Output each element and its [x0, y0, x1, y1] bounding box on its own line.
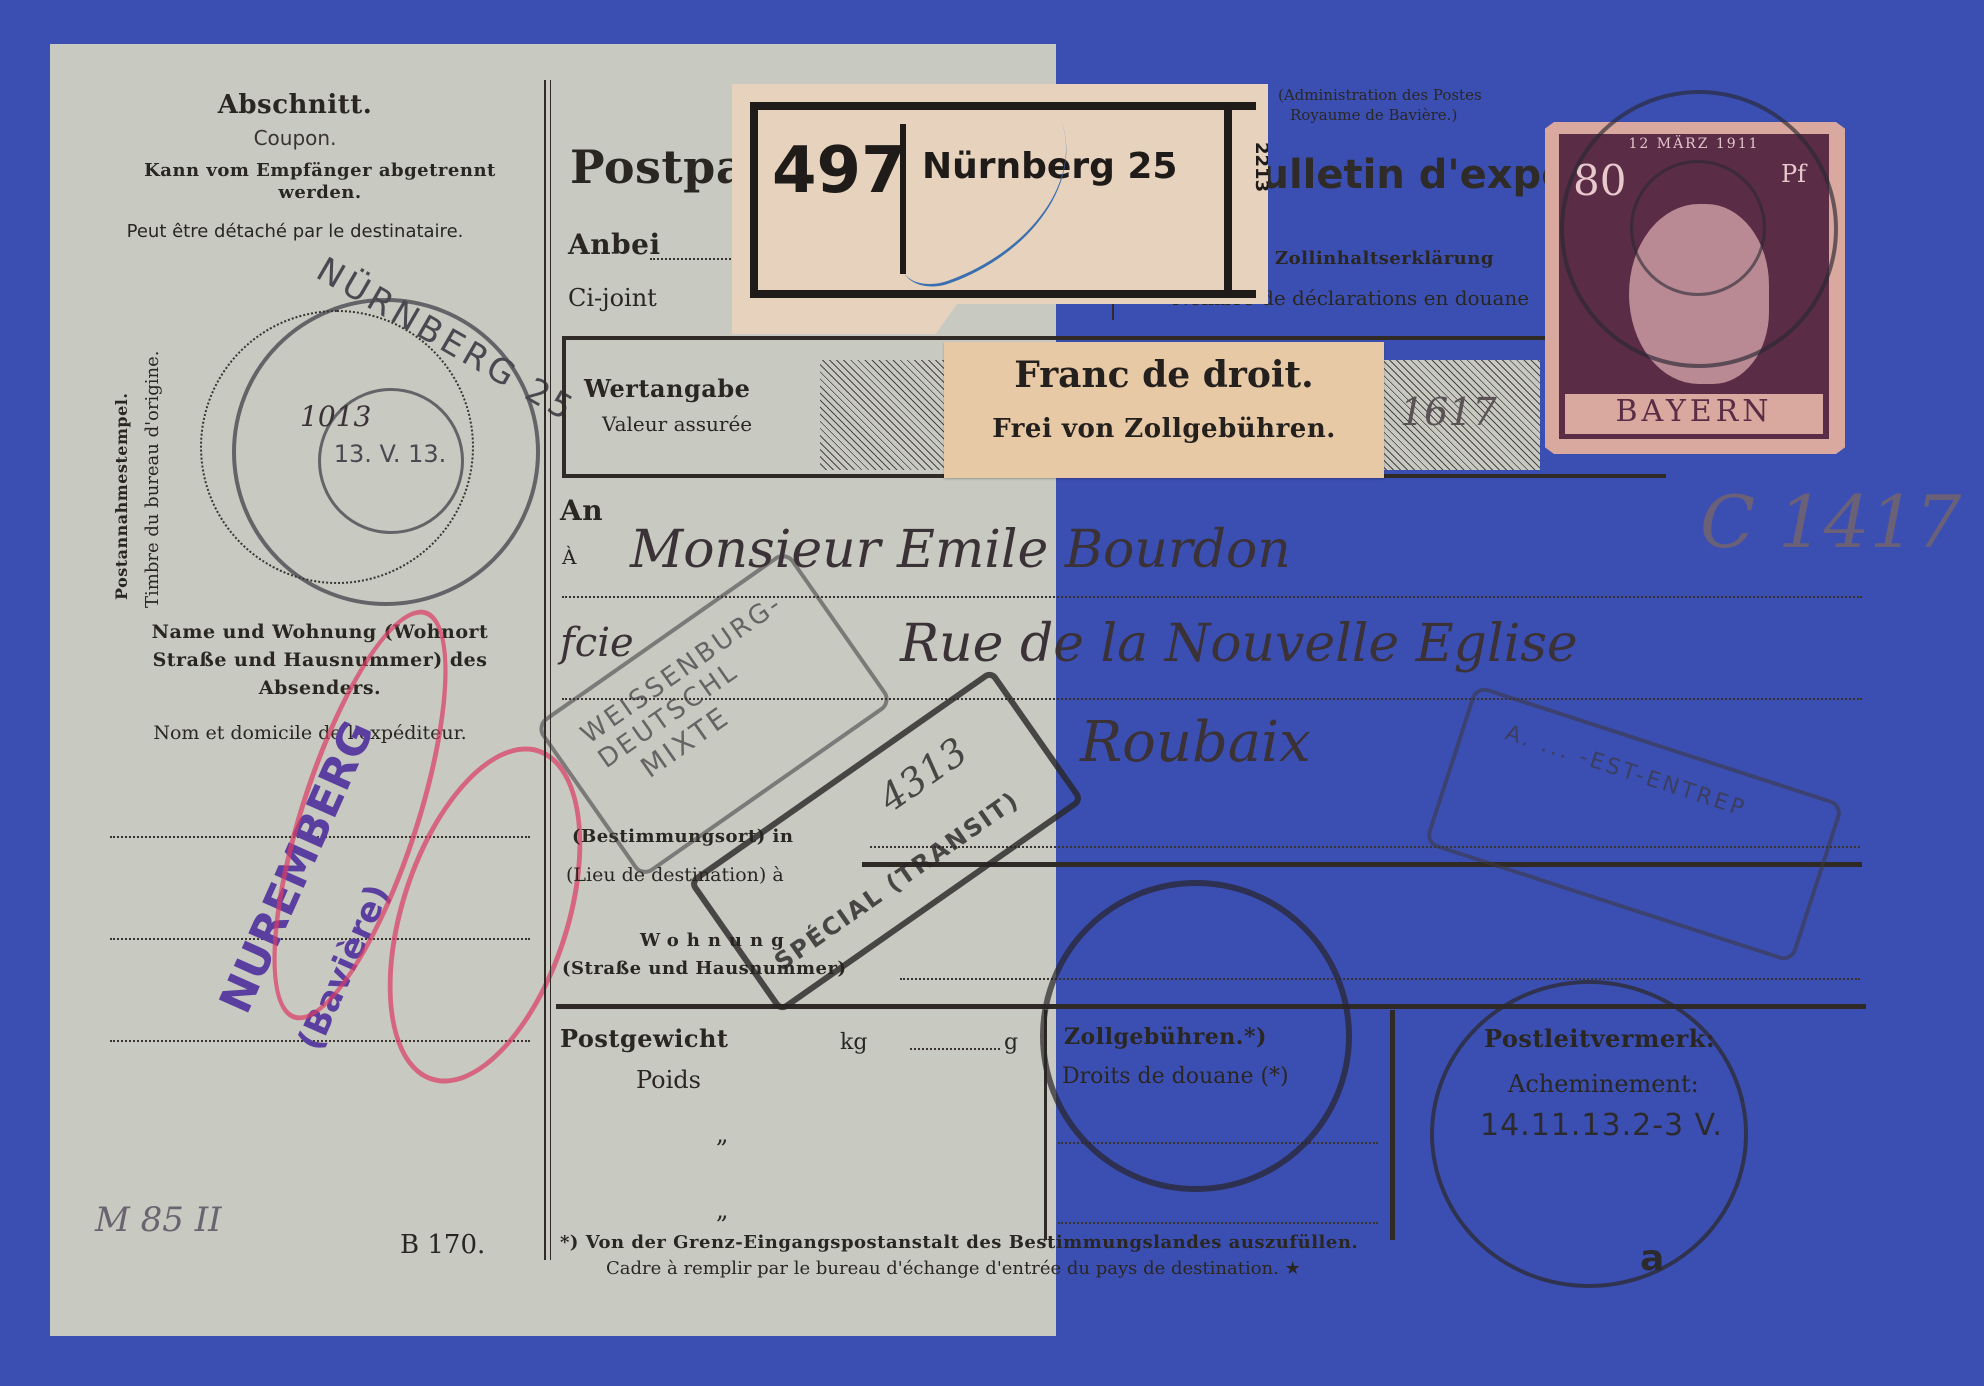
value-box-top-border — [562, 336, 1662, 340]
enclosed-label-de: Anbei — [568, 228, 661, 261]
customs-free-label: Franc de droit. Frei von Zollgebühren. — [944, 342, 1384, 478]
arrival-box-stamp: A. ... -EST-ENTREP — [1424, 684, 1845, 964]
customs-decl-de: Zollinhaltserklärung — [1275, 248, 1494, 269]
street-prefix: fcie — [560, 620, 634, 666]
admin-line-2: Royaume de Bavière.) — [1290, 106, 1457, 124]
transit-number: 4313 — [871, 729, 975, 821]
coupon-divider-2 — [550, 80, 551, 1260]
addressee-street: Rue de la Nouvelle Eglise — [900, 614, 1578, 674]
sender-label-de: Name und Wohnung (Wohnort Straße und Hau… — [100, 618, 540, 702]
weight-g-line — [910, 1048, 1000, 1050]
arrival-postmark-date: 14.11.13.2-3 V. — [1480, 1108, 1723, 1143]
enclosed-label-fr: Ci-joint — [568, 284, 657, 312]
stamp-country: BAYERN — [1565, 394, 1823, 434]
sender-label-fr: Nom et domicile de l'expéditeur. — [80, 722, 540, 744]
origin-postmark-date: 13. V. 13. — [330, 440, 450, 468]
customs-office-postmark — [1040, 880, 1352, 1192]
customs-fees-line-2 — [1058, 1222, 1378, 1224]
weight-label-fr: Poids — [636, 1066, 701, 1094]
value-label-de: Wertangabe — [584, 374, 750, 403]
value-label-fr: Valeur assurée — [602, 412, 752, 436]
coupon-divider — [544, 80, 546, 1260]
right-margin-note: C 1417 — [1700, 480, 1961, 564]
addressee-label-de: An — [560, 494, 603, 527]
arrival-postmark-letter: a — [1640, 1238, 1664, 1279]
value-hatch-left — [820, 360, 960, 470]
weight-ditto-2: „ — [716, 1196, 728, 1224]
margin-note: 1617 — [1400, 390, 1497, 434]
residence-line — [900, 978, 1860, 980]
addressee-city: Roubaix — [1080, 710, 1311, 775]
addressee-name: Monsieur Emile Bourdon — [630, 520, 1291, 580]
coupon-detach-note-de: Kann vom Empfänger abgetrennt werden. — [100, 160, 540, 204]
registration-label: 497 Nürnberg 25 2213 — [732, 84, 1268, 334]
weight-kg: kg — [840, 1030, 867, 1055]
registration-label-right-bar — [1224, 102, 1232, 298]
sender-label-de-line-1: Name und Wohnung (Wohnort — [100, 618, 540, 646]
origin-stamp-label-fr: Timbre du bureau d'origine. — [142, 350, 163, 608]
footnote-de: *) Von der Grenz-Eingangspostanstalt des… — [560, 1232, 1358, 1253]
weight-ditto-1: „ — [716, 1120, 728, 1148]
coupon-title: Abschnitt. — [55, 90, 535, 120]
customs-free-fr: Franc de droit. — [944, 354, 1384, 396]
stamp-cancellation-inner — [1630, 160, 1766, 296]
customs-free-de: Frei von Zollgebühren. — [944, 414, 1384, 444]
sender-label-de-line-3: Absenders. — [100, 674, 540, 702]
weight-label-de: Postgewicht — [560, 1024, 728, 1053]
origin-stamp-label-de: Postannahmestempel. — [112, 393, 131, 600]
coupon-detach-note-fr: Peut être détaché par le destinataire. — [55, 221, 535, 242]
value-box-left-border — [562, 336, 566, 478]
arrival-box-stamp-text: A. ... -EST-ENTREP — [1502, 721, 1749, 823]
origin-handwritten-number: 1013 — [300, 400, 371, 433]
admin-line-1: (Administration des Postes — [1278, 86, 1482, 104]
weight-g: g — [1004, 1030, 1018, 1055]
form-number: B 170. — [400, 1230, 485, 1260]
addressee-label-fr: À — [562, 545, 576, 569]
footer-divider-2 — [1390, 1010, 1395, 1240]
handwritten-reference: M 85 II — [95, 1200, 222, 1240]
coupon-subtitle: Coupon. — [55, 126, 535, 150]
footnote-fr: Cadre à remplir par le bureau d'échange … — [606, 1258, 1301, 1279]
sender-label-de-line-2: Straße und Hausnummer) des — [100, 646, 540, 674]
